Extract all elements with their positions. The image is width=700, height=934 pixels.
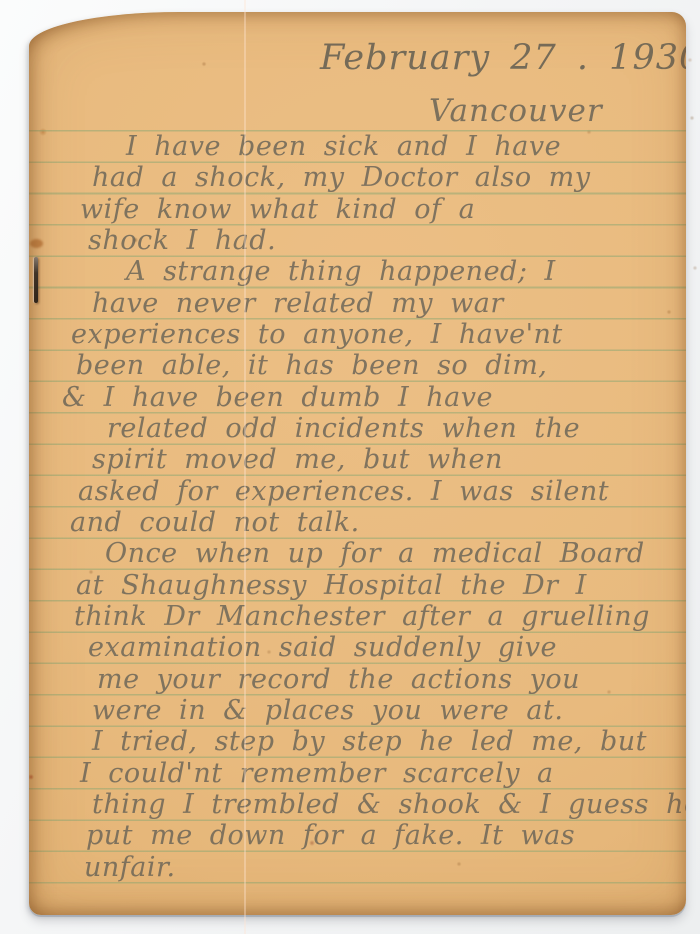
handwriting-line: asked for experiences. I was silent [78, 475, 686, 506]
handwriting-body: I have been sick and I have had a shock,… [29, 130, 686, 882]
handwriting-line: A strange thing happened; I [126, 255, 686, 286]
handwriting-line: had a shock, my Doctor also my [92, 161, 686, 192]
handwriting-line: wife know what kind of a [80, 193, 686, 224]
handwriting-line: I tried, step by step he led me, but [92, 725, 686, 756]
handwriting-line: Once when up for a medical Board [105, 537, 686, 568]
handwriting-line: shock I had. [88, 224, 686, 255]
handwriting-line: I have been sick and I have [126, 130, 686, 161]
handwriting-line: at Shaughnessy Hospital the Dr I [76, 569, 686, 600]
photo-background: February 27 . 1930 Vancouver I have been… [0, 0, 700, 934]
handwriting-line: were in & places you were at. [92, 694, 686, 725]
handwriting-line: have never related my war [92, 287, 686, 318]
handwriting-line: & I have been dumb I have [62, 381, 686, 412]
handwriting-line: I could'nt remember scarcely a [80, 757, 686, 788]
handwriting-line: me your record the actions you [97, 663, 686, 694]
location-heading: Vancouver [429, 92, 603, 130]
handwriting-line: been able, it has been so dim, [76, 349, 686, 380]
handwriting-line: thing I trembled & shook & I guess he [92, 788, 686, 819]
handwriting-line: unfair. [84, 851, 686, 882]
handwriting-line: and could not talk. [70, 506, 686, 537]
diary-page: February 27 . 1930 Vancouver I have been… [29, 12, 686, 915]
handwriting-line: put me down for a fake. It was [86, 819, 686, 850]
handwriting-line: spirit moved me, but when [92, 443, 686, 474]
date-heading: February 27 . 1930 [320, 36, 686, 80]
handwriting-line: experiences to anyone, I have'nt [71, 318, 686, 349]
handwriting-line: examination said suddenly give [88, 631, 686, 662]
handwriting-line: related odd incidents when the [107, 412, 686, 443]
handwriting-line: think Dr Manchester after a gruelling [74, 600, 686, 631]
